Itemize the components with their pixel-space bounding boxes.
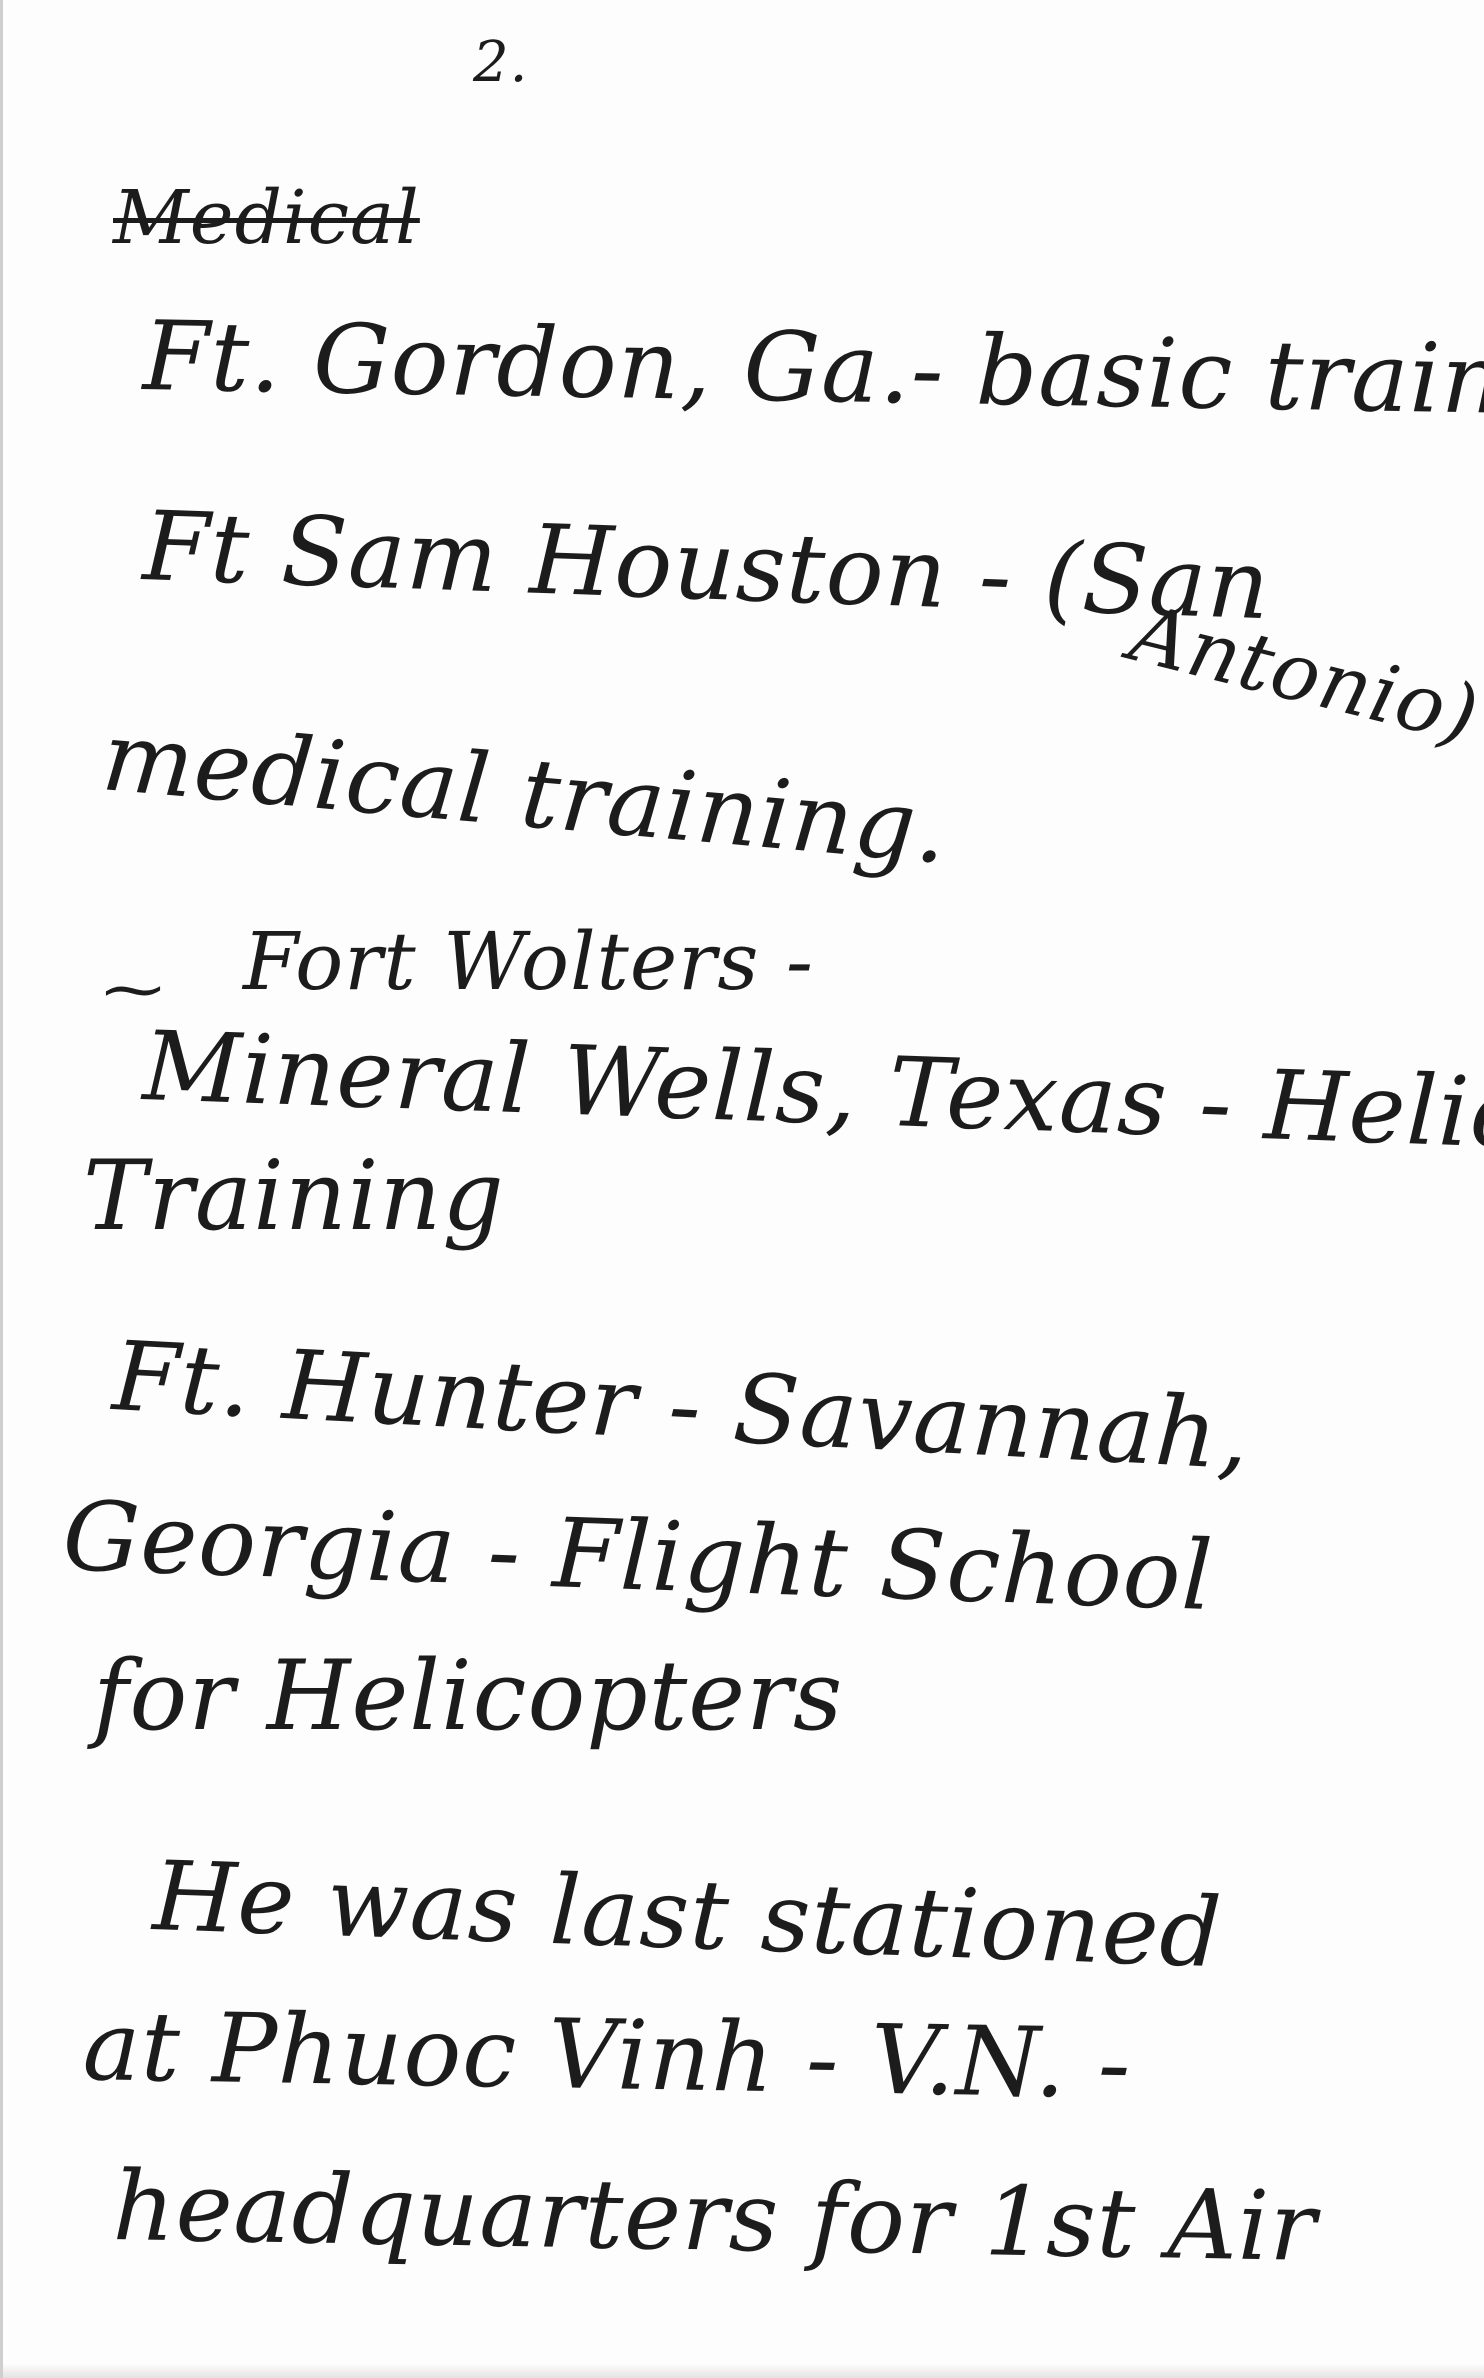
handwritten-page: 2. Medical Ft. Gordon, Ga.- basic traini… <box>0 0 1484 2378</box>
line-medical-training: medical training. <box>98 700 952 885</box>
page-bottom-shadow <box>3 2364 1484 2378</box>
line-fort-hunter: Ft. Hunter - Savannah, <box>110 1320 1252 1491</box>
line-last-stationed: He was last stationed <box>151 1840 1224 1989</box>
line-fort-gordon: Ft. Gordon, Ga.- basic training <box>142 300 1484 438</box>
line-phuoc-vinh: at Phuoc Vinh - V.N. - <box>82 1990 1132 2120</box>
struck-heading: Medical <box>113 175 420 261</box>
line-san-antonio-tail: Antonio) <box>1122 586 1484 762</box>
page-number: 2. <box>473 30 528 95</box>
line-georgia-flight-school: Georgia - Flight School <box>61 1480 1215 1632</box>
line-headquarters: headquarters for 1st Air <box>112 2150 1318 2283</box>
line-for-helicopters: for Helicopters <box>93 1640 843 1752</box>
line-sam-houston: Ft Sam Houston - (San <box>141 490 1272 641</box>
line-fort-wolters: Fort Wolters - <box>243 915 814 1008</box>
line-training: Training <box>83 1140 505 1252</box>
